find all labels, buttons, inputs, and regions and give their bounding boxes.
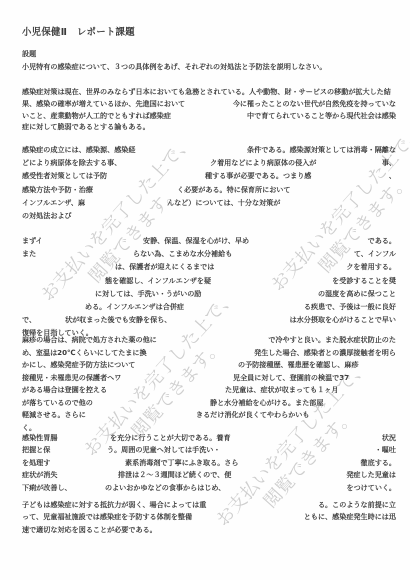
payment-watermark: お支払いを完了した上で、閲覧できます。: [78, 284, 260, 479]
payment-watermark: お支払いを完了した上で、閲覧できます。: [265, 119, 410, 314]
payment-watermark: お支払いを完了した上で、閲覧できます。: [210, 354, 392, 549]
document-page: 小児保健Ⅱ レポート課題 設題 小児特有の感染症について、３つの具体例をあげ、そ…: [0, 0, 410, 580]
watermark-layer: お支払いを完了した上で、閲覧できます。お支払いを完了した上で、閲覧できます。お支…: [0, 0, 410, 580]
payment-watermark: お支払いを完了した上で、閲覧できます。: [35, 129, 217, 324]
